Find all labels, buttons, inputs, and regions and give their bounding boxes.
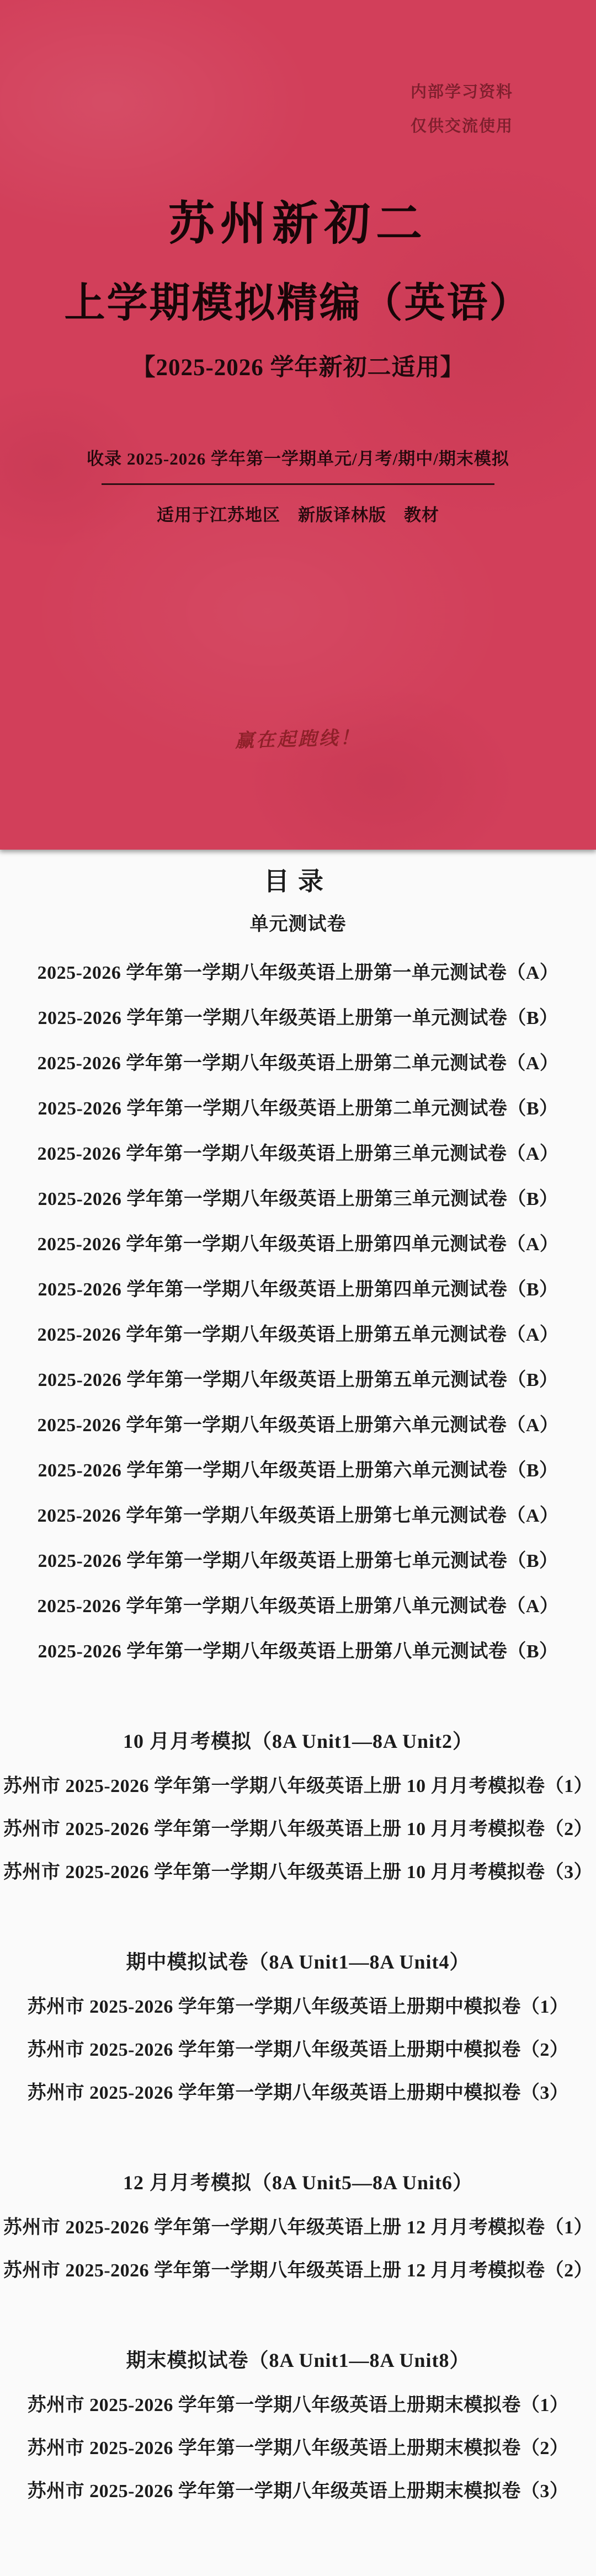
toc-item: 2025-2026 学年第一学期八年级英语上册第七单元测试卷（A） <box>0 1505 596 1527</box>
toc-item: 苏州市 2025-2026 学年第一学期八年级英语上册 12 月月考模拟卷（1） <box>0 2217 596 2239</box>
toc-section-final-mock: 期末模拟试卷（8A Unit1—8A Unit8） 苏州市 2025-2026 … <box>0 2347 596 2503</box>
toc-section-heading-unit-tests: 单元测试卷 <box>0 914 596 936</box>
toc-item: 苏州市 2025-2026 学年第一学期八年级英语上册期末模拟卷（2） <box>0 2438 596 2460</box>
cover-collection-note: 收录 2025-2026 学年第一学期单元/月考/期中/期末模拟 <box>0 445 596 470</box>
toc-item: 苏州市 2025-2026 学年第一学期八年级英语上册 10 月月考模拟卷（1） <box>0 1775 596 1798</box>
table-of-contents: 目录 单元测试卷 2025-2026 学年第一学期八年级英语上册第一单元测试卷（… <box>0 850 596 2503</box>
notice-line-2: 仅供交流使用 <box>411 109 513 143</box>
cover-edition-note: 适用于江苏地区 新版译林版 教材 <box>0 501 596 526</box>
toc-item: 2025-2026 学年第一学期八年级英语上册第六单元测试卷（B） <box>0 1460 596 1482</box>
toc-item: 苏州市 2025-2026 学年第一学期八年级英语上册期末模拟卷（1） <box>0 2394 596 2417</box>
cover-subtitle: 【2025-2026 学年新初二适用】 <box>0 349 596 382</box>
toc-item: 2025-2026 学年第一学期八年级英语上册第六单元测试卷（A） <box>0 1415 596 1437</box>
toc-item: 2025-2026 学年第一学期八年级英语上册第二单元测试卷（A） <box>0 1053 596 1075</box>
book-cover: 内部学习资料 仅供交流使用 苏州新初二 上学期模拟精编（英语） 【2025-20… <box>0 0 596 850</box>
toc-item: 苏州市 2025-2026 学年第一学期八年级英语上册期中模拟卷（3） <box>0 2082 596 2104</box>
toc-section-heading-october-mock: 10 月月考模拟（8A Unit1—8A Unit2） <box>0 1728 596 1754</box>
notice-line-1: 内部学习资料 <box>411 75 513 109</box>
toc-item: 2025-2026 学年第一学期八年级英语上册第三单元测试卷（B） <box>0 1188 596 1210</box>
toc-item: 2025-2026 学年第一学期八年级英语上册第四单元测试卷（B） <box>0 1279 596 1301</box>
internal-use-notice: 内部学习资料 仅供交流使用 <box>411 75 513 143</box>
cover-title-line2: 上学期模拟精编（英语） <box>0 270 596 329</box>
toc-section-october-mock: 10 月月考模拟（8A Unit1—8A Unit2） 苏州市 2025-202… <box>0 1728 596 1884</box>
toc-item: 苏州市 2025-2026 学年第一学期八年级英语上册期中模拟卷（1） <box>0 1996 596 2018</box>
toc-title: 目录 <box>0 866 596 897</box>
toc-item: 苏州市 2025-2026 学年第一学期八年级英语上册 10 月月考模拟卷（3） <box>0 1862 596 1884</box>
toc-section-heading-december-mock: 12 月月考模拟（8A Unit5—8A Unit6） <box>0 2169 596 2196</box>
toc-item: 2025-2026 学年第一学期八年级英语上册第七单元测试卷（B） <box>0 1550 596 1572</box>
toc-item: 苏州市 2025-2026 学年第一学期八年级英语上册期末模拟卷（3） <box>0 2481 596 2503</box>
cover-divider-rule <box>102 483 494 485</box>
toc-item: 2025-2026 学年第一学期八年级英语上册第一单元测试卷（A） <box>0 962 596 984</box>
toc-item: 2025-2026 学年第一学期八年级英语上册第五单元测试卷（B） <box>0 1369 596 1391</box>
toc-item: 2025-2026 学年第一学期八年级英语上册第八单元测试卷（A） <box>0 1596 596 1618</box>
toc-item: 2025-2026 学年第一学期八年级英语上册第三单元测试卷（A） <box>0 1143 596 1165</box>
toc-item: 苏州市 2025-2026 学年第一学期八年级英语上册 12 月月考模拟卷（2） <box>0 2260 596 2282</box>
toc-item: 苏州市 2025-2026 学年第一学期八年级英语上册 10 月月考模拟卷（2） <box>0 1818 596 1841</box>
toc-section-heading-midterm-mock: 期中模拟试卷（8A Unit1—8A Unit4） <box>0 1949 596 1975</box>
toc-item: 2025-2026 学年第一学期八年级英语上册第一单元测试卷（B） <box>0 1007 596 1030</box>
toc-item: 2025-2026 学年第一学期八年级英语上册第四单元测试卷（A） <box>0 1234 596 1256</box>
cover-slogan-stamp: 赢在起跑线！ <box>0 716 596 759</box>
toc-section-heading-final-mock: 期末模拟试卷（8A Unit1—8A Unit8） <box>0 2347 596 2374</box>
toc-item: 苏州市 2025-2026 学年第一学期八年级英语上册期中模拟卷（2） <box>0 2039 596 2061</box>
cover-title-line1: 苏州新初二 <box>0 186 596 253</box>
toc-item: 2025-2026 学年第一学期八年级英语上册第五单元测试卷（A） <box>0 1324 596 1346</box>
toc-item: 2025-2026 学年第一学期八年级英语上册第二单元测试卷（B） <box>0 1098 596 1120</box>
toc-item: 2025-2026 学年第一学期八年级英语上册第八单元测试卷（B） <box>0 1641 596 1663</box>
toc-section-midterm-mock: 期中模拟试卷（8A Unit1—8A Unit4） 苏州市 2025-2026 … <box>0 1949 596 2104</box>
toc-section-december-mock: 12 月月考模拟（8A Unit5—8A Unit6） 苏州市 2025-202… <box>0 2169 596 2282</box>
book-page: 内部学习资料 仅供交流使用 苏州新初二 上学期模拟精编（英语） 【2025-20… <box>0 0 596 2576</box>
